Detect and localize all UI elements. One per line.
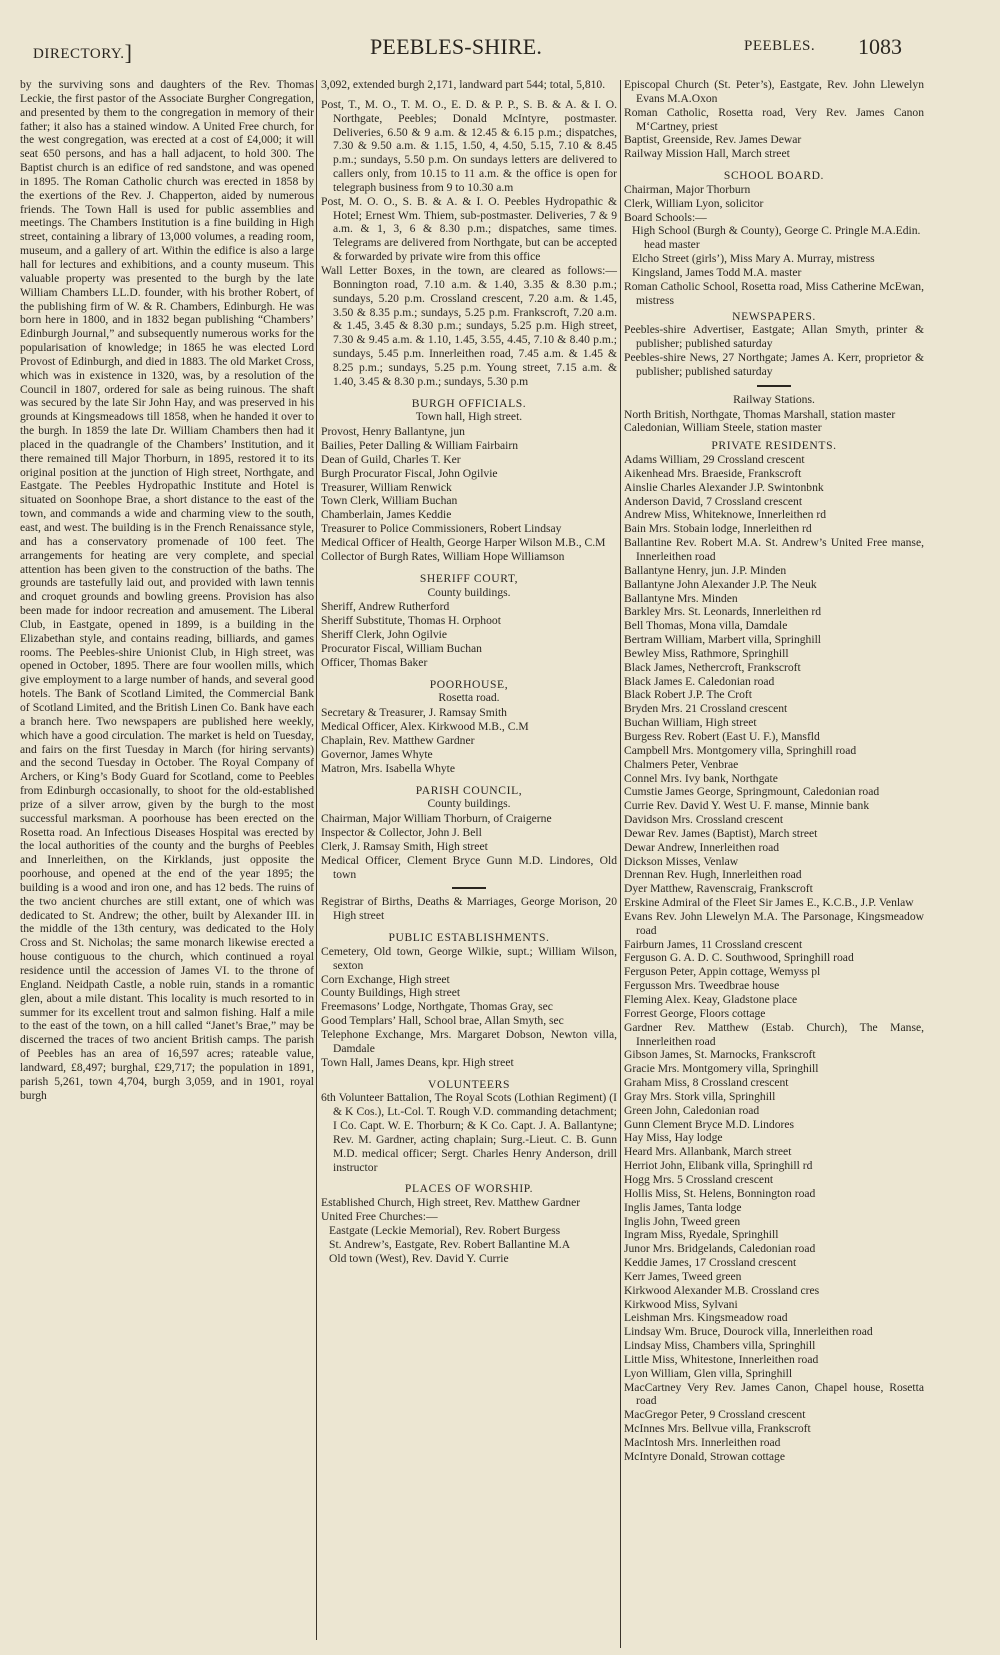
resident-entry: Fergusson Mrs. Tweedbrae house [624,979,924,993]
school-board-list-after: Roman Catholic School, Rosetta road, Mis… [624,280,924,308]
population-text: 3,092, extended burgh 2,171, landward pa… [321,78,617,92]
column-residents: Episcopal Church (St. Peter’s), Eastgate… [624,78,924,1464]
establishment-entry: Good Templars’ Hall, School brae, Allan … [321,1014,617,1028]
official-entry: Inspector & Collector, John J. Bell [321,826,617,840]
resident-entry: Ballantyne John Alexander J.P. The Neuk [624,578,924,592]
resident-entry: Heard Mrs. Allanbank, March street [624,1145,924,1159]
official-entry: Sheriff Clerk, John Ogilvie [321,628,617,642]
worship-entry: Old town (West), Rev. David Y. Currie [321,1252,617,1266]
resident-entry: Kirkwood Miss, Sylvani [624,1298,924,1312]
private-residents-list: Adams William, 29 Crossland crescentAike… [624,453,924,1464]
post-office-entry: Post, T., M. O., T. M. O., E. D. & P. P.… [321,98,617,195]
directory-page: DIRECTORY.] PEEBLES-SHIRE. PEEBLES. 1083… [0,0,1000,1655]
school-board-entry: Board Schools:— [624,211,924,225]
resident-entry: Aikenhead Mrs. Braeside, Frankscroft [624,467,924,481]
sheriff-court-list: Sheriff, Andrew RutherfordSheriff Substi… [321,600,617,669]
section-subheading: County buildings. [321,797,617,811]
worship-entry: Railway Mission Hall, March street [624,147,924,161]
resident-entry: Barkley Mrs. St. Leonards, Innerleithen … [624,605,924,619]
resident-entry: Lindsay Wm. Bruce, Dourock villa, Innerl… [624,1325,924,1339]
official-entry: Burgh Procurator Fiscal, John Ogilvie [321,467,617,481]
section-heading-poorhouse: POORHOUSE, [321,678,617,692]
establishment-entry: Cemetery, Old town, George Wilkie, supt.… [321,945,617,973]
establishment-entry: County Buildings, High street [321,986,617,1000]
resident-entry: Leishman Mrs. Kingsmeadow road [624,1311,924,1325]
letter-boxes-entry: Wall Letter Boxes, in the town, are clea… [321,264,617,389]
resident-entry: Drennan Rev. Hugh, Innerleithen road [624,868,924,882]
worship-entry: St. Andrew’s, Eastgate, Rev. Robert Ball… [321,1238,617,1252]
school-entry: Roman Catholic School, Rosetta road, Mis… [624,280,924,308]
column-divider [316,80,317,1640]
railway-station-entry: Caledonian, William Steele, station mast… [624,421,924,435]
section-heading-school-board: SCHOOL BOARD. [624,169,924,183]
resident-entry: Bertram William, Marbert villa, Springhi… [624,633,924,647]
resident-entry: Fairburn James, 11 Crossland crescent [624,938,924,952]
official-entry: Secretary & Treasurer, J. Ramsay Smith [321,706,617,720]
resident-entry: Davidson Mrs. Crossland crescent [624,813,924,827]
places-of-worship-continued: Episcopal Church (St. Peter’s), Eastgate… [624,78,924,161]
resident-entry: Dewar Rev. James (Baptist), March street [624,827,924,841]
worship-entry: Baptist, Greenside, Rev. James Dewar [624,133,924,147]
official-entry: Collector of Burgh Rates, William Hope W… [321,550,617,564]
united-free-churches-list: Eastgate (Leckie Memorial), Rev. Robert … [321,1224,617,1266]
resident-entry: Campbell Mrs. Montgomery villa, Springhi… [624,744,924,758]
section-heading-newspapers: NEWSPAPERS. [624,310,924,324]
resident-entry: Connel Mrs. Ivy bank, Northgate [624,772,924,786]
section-heading-burgh-officials: BURGH OFFICIALS. [321,397,617,411]
resident-entry: Black Robert J.P. The Croft [624,688,924,702]
resident-entry: Hay Miss, Hay lodge [624,1131,924,1145]
resident-entry: Forrest George, Floors cottage [624,1007,924,1021]
resident-entry: Lyon William, Glen villa, Springhill [624,1367,924,1381]
official-entry: Matron, Mrs. Isabella Whyte [321,762,617,776]
official-entry: Officer, Thomas Baker [321,656,617,670]
newspaper-entry: Peebles-shire Advertiser, Eastgate; Alla… [624,323,924,351]
narrative-text: by the surviving sons and daughters of t… [20,78,314,1102]
official-entry: Town Clerk, William Buchan [321,494,617,508]
public-establishments-list: Cemetery, Old town, George Wilkie, supt.… [321,945,617,1070]
worship-entry: Episcopal Church (St. Peter’s), Eastgate… [624,78,924,106]
resident-entry: Black James E. Caledonian road [624,675,924,689]
official-entry: Provost, Henry Ballantyne, jun [321,425,617,439]
school-board-list: Chairman, Major ThorburnClerk, William L… [624,183,924,225]
resident-entry: Ballantine Rev. Robert M.A. St. Andrew’s… [624,536,924,564]
resident-entry: Green John, Caledonian road [624,1104,924,1118]
resident-entry: Keddie James, 17 Crossland crescent [624,1256,924,1270]
resident-entry: MacIntosh Mrs. Innerleithen road [624,1436,924,1450]
resident-entry: Dickson Misses, Venlaw [624,855,924,869]
newspapers-list: Peebles-shire Advertiser, Eastgate; Alla… [624,323,924,378]
resident-entry: Andrew Miss, Whiteknowe, Innerleithen rd [624,508,924,522]
resident-entry: Ainslie Charles Alexander J.P. Swintonbn… [624,481,924,495]
school-board-entry: Chairman, Major Thorburn [624,183,924,197]
resident-entry: Dyer Matthew, Ravenscraig, Frankscroft [624,882,924,896]
worship-entry: Roman Catholic, Rosetta road, Very Rev. … [624,106,924,134]
resident-entry: Kerr James, Tweed green [624,1270,924,1284]
resident-entry: Ballantyne Henry, jun. J.P. Minden [624,564,924,578]
railway-station-entry: North British, Northgate, Thomas Marshal… [624,408,924,422]
page-title: PEEBLES-SHIRE. [370,34,542,60]
section-heading-railway-stations: Railway Stations. [624,393,924,407]
resident-entry: Lindsay Miss, Chambers villa, Springhill [624,1339,924,1353]
resident-entry: Bryden Mrs. 21 Crossland crescent [624,702,924,716]
resident-entry: Junor Mrs. Bridgelands, Caledonian road [624,1242,924,1256]
establishment-entry: Freemasons’ Lodge, Northgate, Thomas Gra… [321,1000,617,1014]
school-entry: High School (Burgh & County), George C. … [624,224,924,252]
railway-stations-list: North British, Northgate, Thomas Marshal… [624,408,924,436]
registrar-entry: Registrar of Births, Deaths & Marriages,… [321,895,617,923]
newspaper-entry: Peebles-shire News, 27 Northgate; James … [624,351,924,379]
running-head-left: DIRECTORY.] [33,38,132,64]
burgh-officials-list: Provost, Henry Ballantyne, junBailies, P… [321,425,617,563]
resident-entry: Kirkwood Alexander M.B. Crossland cres [624,1284,924,1298]
official-entry: Procurator Fiscal, William Buchan [321,642,617,656]
section-heading-volunteers: VOLUNTEERS [321,1078,617,1092]
resident-entry: Gardner Rev. Matthew (Estab. Church), Th… [624,1021,924,1049]
resident-entry: Inglis James, Tanta lodge [624,1201,924,1215]
resident-entry: Ferguson G. A. D. C. Southwood, Springhi… [624,951,924,965]
resident-entry: McInnes Mrs. Bellvue villa, Frankscroft [624,1422,924,1436]
section-heading-parish-council: PARISH COUNCIL, [321,784,617,798]
official-entry: Treasurer, William Renwick [321,481,617,495]
worship-entry: Established Church, High street, Rev. Ma… [321,1196,617,1210]
bracket-glyph: ] [125,40,133,65]
resident-entry: Hogg Mrs. 5 Crossland crescent [624,1173,924,1187]
resident-entry: Bain Mrs. Stobain lodge, Innerleithen rd [624,522,924,536]
parish-council-list: Chairman, Major William Thorburn, of Cra… [321,812,617,881]
places-of-worship-list: Established Church, High street, Rev. Ma… [321,1196,617,1224]
resident-entry: Bell Thomas, Mona villa, Damdale [624,619,924,633]
resident-entry: Gibson James, St. Marnocks, Frankscroft [624,1048,924,1062]
section-subheading: Town hall, High street. [321,410,617,424]
resident-entry: Anderson David, 7 Crossland crescent [624,495,924,509]
school-board-entry: Clerk, William Lyon, solicitor [624,197,924,211]
school-entry: Elcho Street (girls’), Miss Mary A. Murr… [624,252,924,266]
resident-entry: Fleming Alex. Keay, Gladstone place [624,993,924,1007]
separator-dash [757,385,791,387]
poorhouse-list: Secretary & Treasurer, J. Ramsay SmithMe… [321,706,617,775]
resident-entry: Ferguson Peter, Appin cottage, Wemyss pl [624,965,924,979]
official-entry: Bailies, Peter Dalling & William Fairbai… [321,439,617,453]
official-entry: Governor, James Whyte [321,748,617,762]
section-heading-private-residents: PRIVATE RESIDENTS. [624,439,924,453]
resident-entry: Little Miss, Whitestone, Innerleithen ro… [624,1353,924,1367]
resident-entry: McIntyre Donald, Strowan cottage [624,1450,924,1464]
establishment-entry: Town Hall, James Deans, kpr. High street [321,1056,617,1070]
official-entry: Medical Officer, Clement Bryce Gunn M.D.… [321,854,617,882]
section-subheading: County buildings. [321,586,617,600]
resident-entry: Currie Rev. David Y. West U. F. manse, M… [624,799,924,813]
official-entry: Clerk, J. Ramsay Smith, High street [321,840,617,854]
school-entry: Kingsland, James Todd M.A. master [624,266,924,280]
official-entry: Sheriff Substitute, Thomas H. Orphoot [321,614,617,628]
resident-entry: Ingram Miss, Ryedale, Springhill [624,1228,924,1242]
official-entry: Chaplain, Rev. Matthew Gardner [321,734,617,748]
official-entry: Medical Officer, Alex. Kirkwood M.B., C.… [321,720,617,734]
worship-entry: Eastgate (Leckie Memorial), Rev. Robert … [321,1224,617,1238]
resident-entry: Adams William, 29 Crossland crescent [624,453,924,467]
resident-entry: Dewar Andrew, Innerleithen road [624,841,924,855]
running-head-right: PEEBLES. [744,38,815,55]
section-heading-sheriff-court: SHERIFF COURT, [321,572,617,586]
resident-entry: Hollis Miss, St. Helens, Bonnington road [624,1187,924,1201]
resident-entry: Gracie Mrs. Montgomery villa, Springhill [624,1062,924,1076]
resident-entry: Gray Mrs. Stork villa, Springhill [624,1090,924,1104]
volunteers-list: 6th Volunteer Battalion, The Royal Scots… [321,1091,617,1174]
resident-entry: MacCartney Very Rev. James Canon, Chapel… [624,1381,924,1409]
resident-entry: Chalmers Peter, Venbrae [624,758,924,772]
official-entry: Dean of Guild, Charles T. Ker [321,453,617,467]
establishment-entry: Telephone Exchange, Mrs. Margaret Dobson… [321,1028,617,1056]
official-entry: Chairman, Major William Thorburn, of Cra… [321,812,617,826]
page-header: DIRECTORY.] PEEBLES-SHIRE. PEEBLES. 1083 [0,34,1000,64]
resident-entry: MacGregor Peter, 9 Crossland crescent [624,1408,924,1422]
resident-entry: Graham Miss, 8 Crossland crescent [624,1076,924,1090]
worship-entry: United Free Churches:— [321,1210,617,1224]
resident-entry: Herriot John, Elibank villa, Springhill … [624,1159,924,1173]
resident-entry: Bewley Miss, Rathmore, Springhill [624,647,924,661]
official-entry: Treasurer to Police Commissioners, Rober… [321,522,617,536]
resident-entry: Cumstie James George, Springmount, Caled… [624,785,924,799]
volunteer-entry: 6th Volunteer Battalion, The Royal Scots… [321,1091,617,1174]
resident-entry: Burgess Rev. Robert (East U. F.), Mansfl… [624,730,924,744]
column-divider [620,80,621,1648]
resident-entry: Evans Rev. John Llewelyn M.A. The Parson… [624,910,924,938]
post-office-entry: Post, M. O. O., S. B. & A. & I. O. Peebl… [321,195,617,264]
resident-entry: Ballantyne Mrs. Minden [624,592,924,606]
official-entry: Medical Officer of Health, George Harper… [321,536,617,550]
resident-entry: Black James, Nethercroft, Frankscroft [624,661,924,675]
section-subheading: Rosetta road. [321,691,617,705]
resident-entry: Inglis John, Tweed green [624,1215,924,1229]
resident-entry: Gunn Clement Bryce M.D. Lindores [624,1118,924,1132]
establishment-entry: Corn Exchange, High street [321,973,617,987]
resident-entry: Buchan William, High street [624,716,924,730]
page-number: 1083 [858,34,902,60]
official-entry: Sheriff, Andrew Rutherford [321,600,617,614]
official-entry: Chamberlain, James Keddie [321,508,617,522]
separator-dash [452,887,486,889]
resident-entry: Erskine Admiral of the Fleet Sir James E… [624,896,924,910]
column-officials: 3,092, extended burgh 2,171, landward pa… [321,78,617,1266]
section-heading-public-establishments: PUBLIC ESTABLISHMENTS. [321,931,617,945]
column-narrative: by the surviving sons and daughters of t… [20,78,314,1102]
section-heading-places-of-worship: PLACES OF WORSHIP. [321,1182,617,1196]
board-schools-list: High School (Burgh & County), George C. … [624,224,924,279]
